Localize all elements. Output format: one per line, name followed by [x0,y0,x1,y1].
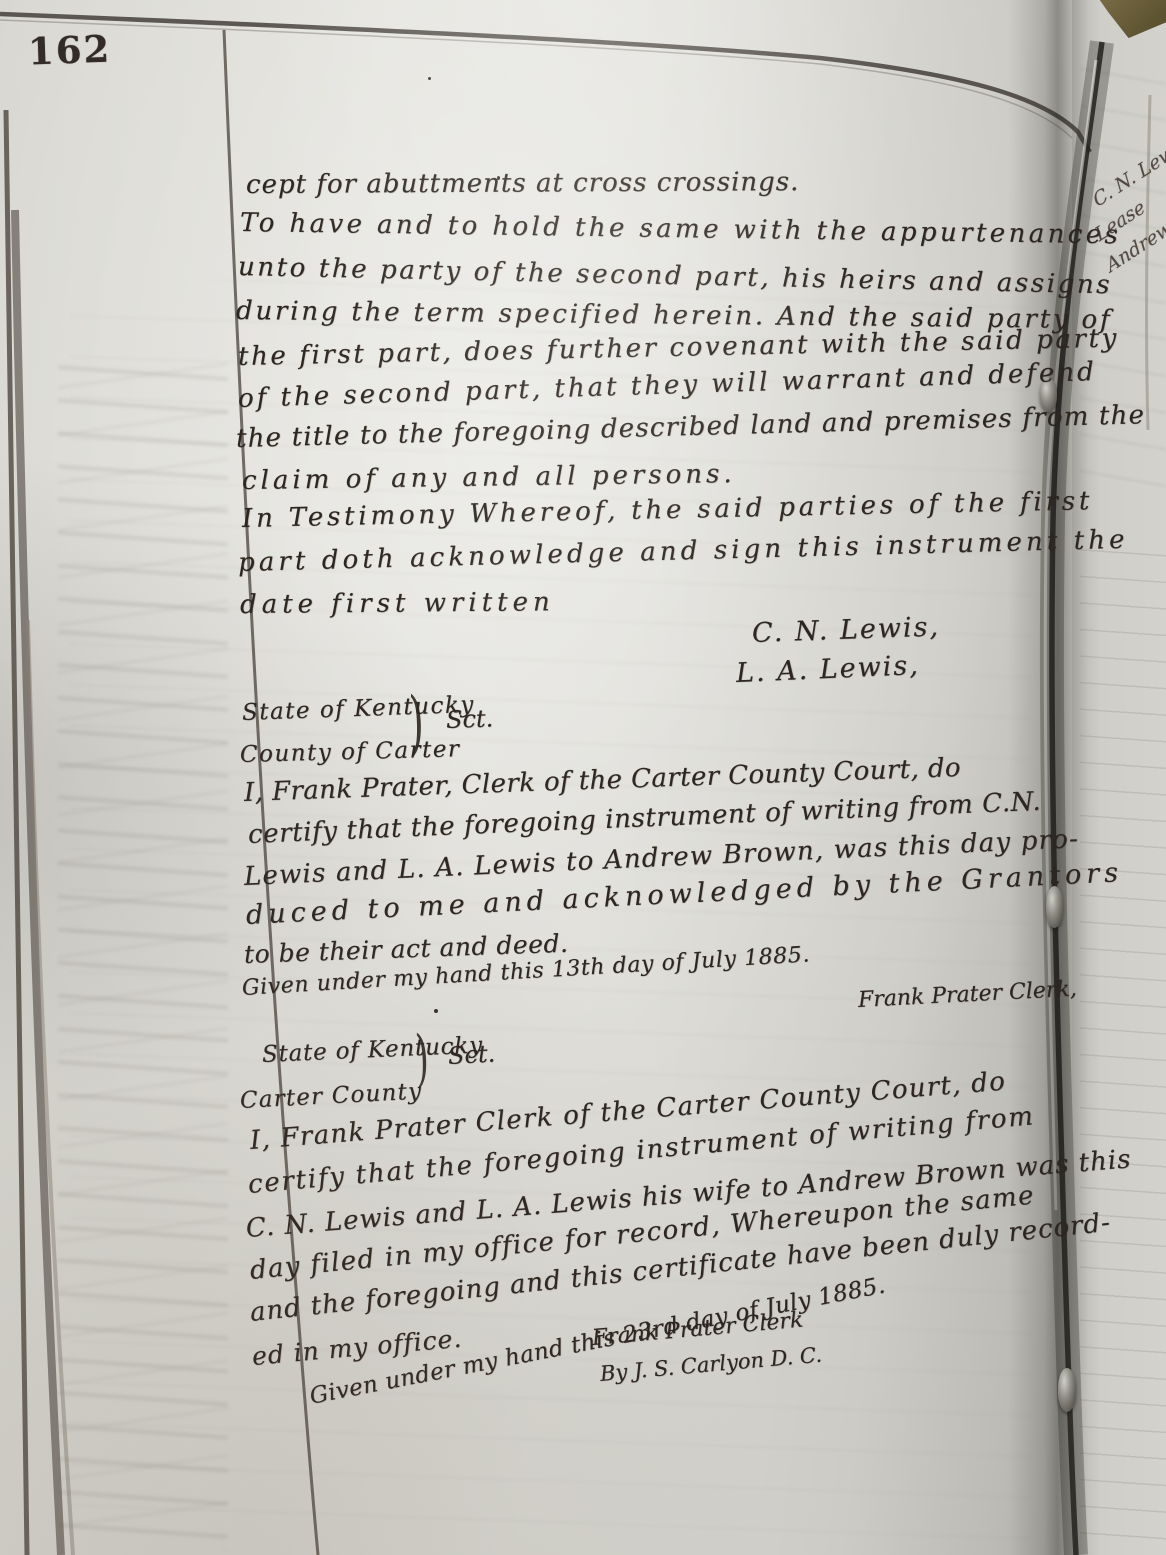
binding-stud-middle [1046,886,1063,928]
ink-speck [428,77,431,80]
cert2-sct-label: Sct. [447,1040,496,1070]
grantor-signature: C. N. Lewis, [751,611,940,649]
ink-speck [497,176,500,180]
deed-book-photo: 162 cept for abuttments at cross crossin… [0,0,1166,1555]
top-rule-shadow [0,20,1072,138]
ink-speck [646,228,649,232]
binding-stud-bottom [1058,1368,1076,1412]
left-page-edge-1 [6,110,27,1555]
page-number: 162 [27,27,112,74]
facing-page-ruled-lines [1080,530,1166,1555]
top-rule-line [0,14,1090,152]
handwritten-line: To have and to hold the same with the ap… [240,208,1122,250]
ink-speck [434,1009,438,1013]
handwritten-line: date first written [240,587,555,620]
cert1-sct-label: Sct. [446,704,494,734]
left-page-edge-2 [15,210,61,1555]
handwritten-line: cept for abuttments at cross crossings. [246,167,800,200]
